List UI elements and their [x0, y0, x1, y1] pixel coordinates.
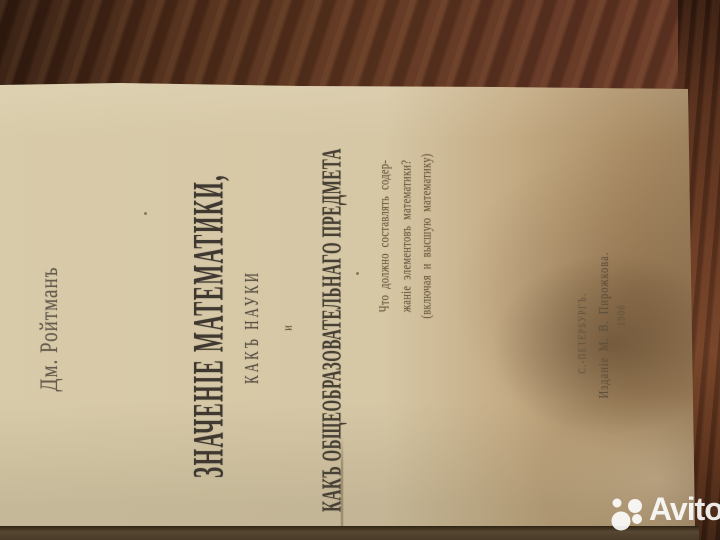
main-title: ЗНАЧЕНІЕ МАТЕМАТИКИ,	[183, 174, 234, 478]
conjunction-and: и	[281, 325, 295, 330]
question-line-2: жаніе элементовъ математики?	[400, 160, 414, 313]
imprint-year: 1906	[615, 304, 627, 326]
paper-speck	[144, 212, 147, 215]
question-line-1: Что должно составлять содер-	[378, 160, 392, 312]
question-line-3: (включая и высшую математику)	[420, 153, 434, 318]
imprint-publisher: Изданіе М. В. Пирожкова.	[598, 252, 612, 399]
author-name: Дм. Ройтманъ	[35, 267, 65, 392]
subtitle-as-science: КАКЪ НАУКИ	[240, 270, 264, 384]
photo-of-book-on-table: Дм. Ройтманъ ЗНАЧЕНІЕ МАТЕМАТИКИ, КАКЪ Н…	[0, 0, 720, 540]
subtitle-as-subject: КАКЪ ОБЩЕОБРАЗОВАТЕЛЬНАГО ПРЕДМЕТА	[319, 148, 350, 512]
book-bottom-edge	[0, 526, 699, 540]
paper-speck	[356, 272, 359, 275]
imprint-city: С.-ПЕТЕРБУРГЪ.	[576, 292, 588, 373]
